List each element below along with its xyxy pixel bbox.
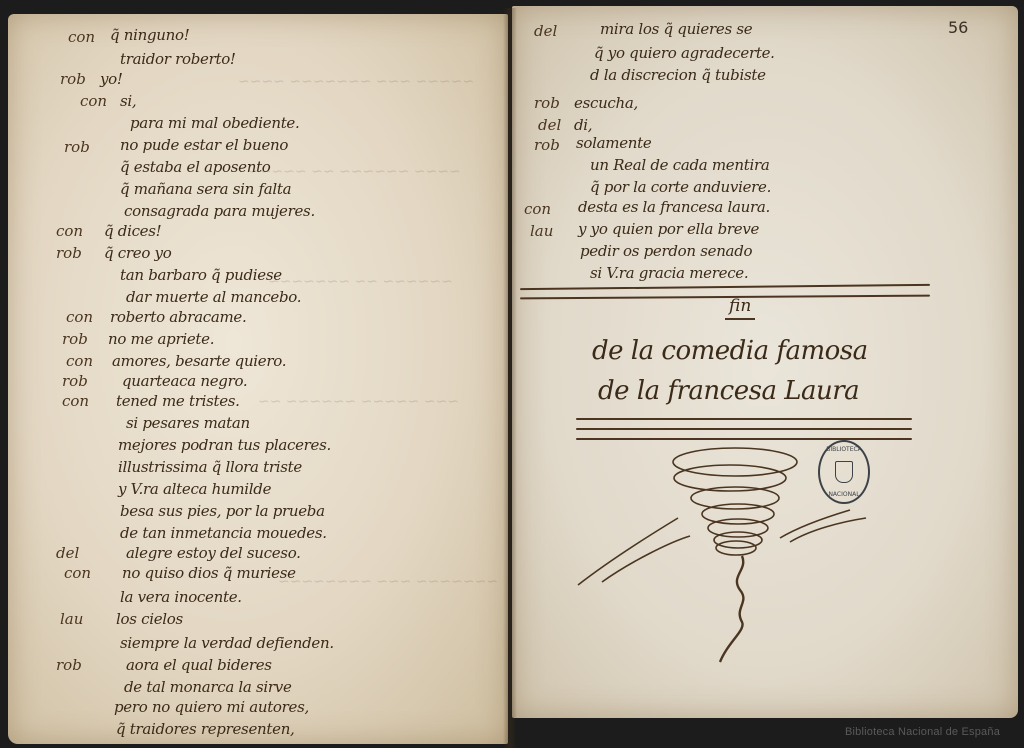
verse-line: si pesares matan — [126, 414, 250, 432]
speaker-label: con — [524, 200, 551, 218]
verse-line: q̃ dices! — [104, 222, 161, 240]
stamp-bottom-text: NACIONAL — [820, 491, 868, 498]
verse-line: illustrissima q̃ llora triste — [118, 458, 302, 476]
speaker-label: rob — [534, 94, 560, 112]
show-through-text: ~~~~~~~ ~~~ ~~~~~~~~ — [278, 574, 498, 590]
verse-line: no quiso dios q̃ muriese — [122, 564, 296, 582]
show-through-text: ~~~~~ ~~~ ~~~~~~~ ~~~~ — [238, 74, 474, 90]
verse-line: si, — [120, 92, 136, 110]
verse-line: los cielos — [116, 610, 183, 628]
page-number: 56 — [948, 18, 968, 37]
stamp-top-text: BIBLIOTECA — [820, 446, 868, 453]
speaker-label: con — [66, 352, 93, 370]
coat-of-arms-icon — [835, 461, 853, 483]
speaker-label: con — [64, 564, 91, 582]
verse-line: de tal monarca la sirve — [124, 678, 292, 696]
verse-line: q̃ mañana sera sin falta — [120, 180, 291, 198]
verse-line: q̃ creo yo — [104, 244, 171, 262]
verse-line: mejores podran tus placeres. — [118, 436, 331, 454]
show-through-text: ~~~~ ~~~~~~ ~~ ~~~~~ — [248, 164, 461, 180]
verse-line: q̃ yo quiero agradecerte. — [594, 44, 775, 62]
verse-line: di, — [574, 116, 592, 134]
verse-line: roberto abracame. — [110, 308, 246, 326]
verse-line: q̃ traidores representen, — [116, 720, 295, 738]
speaker-label: lau — [60, 610, 83, 628]
verse-line: no pude estar el bueno — [120, 136, 288, 154]
verse-line: de tan inmetancia mouedes. — [120, 524, 327, 542]
fin-heading: fin — [725, 296, 755, 320]
book-gutter — [503, 8, 517, 748]
verse-line: q̃ por la corte anduviere. — [590, 178, 771, 196]
verse-line: amores, besarte quiero. — [112, 352, 286, 370]
speaker-label: del — [56, 544, 79, 562]
verse-line: besa sus pies, por la prueba — [120, 502, 325, 520]
verse-line: tan barbaro q̃ pudiese — [120, 266, 282, 284]
speaker-label: con — [68, 28, 95, 46]
verse-line: y yo quien por ella breve — [578, 220, 759, 238]
colophon-line: de la comedia famosa — [592, 336, 868, 366]
colophon-line: de la francesa Laura — [598, 376, 859, 406]
verse-line: desta es la francesa laura. — [578, 198, 770, 216]
speaker-label: rob — [60, 70, 86, 88]
verse-line: q̃ ninguno! — [110, 26, 189, 44]
speaker-label: rob — [534, 136, 560, 154]
verse-line: tened me tristes. — [116, 392, 240, 410]
verse-line: yo! — [100, 70, 123, 88]
speaker-label: con — [62, 392, 89, 410]
speaker-label: rob — [56, 244, 82, 262]
speaker-label: rob — [64, 138, 90, 156]
verse-line: un Real de cada mentira — [590, 156, 769, 174]
verse-line: dar muerte al mancebo. — [126, 288, 301, 306]
verse-line: siempre la verdad defienden. — [120, 634, 334, 652]
verse-line: alegre estoy del suceso. — [126, 544, 301, 562]
verse-line: pedir os perdon senado — [580, 242, 752, 260]
verse-line: y V.ra alteca humilde — [118, 480, 271, 498]
verse-line: solamente — [576, 134, 651, 152]
verse-line: escucha, — [574, 94, 638, 112]
verse-line: mira los q̃ quieres se — [600, 20, 752, 38]
show-through-text: ~~~ ~~~~~ ~~~~~~ ~~ — [258, 394, 459, 410]
verse-line: pero no quiero mi autores, — [114, 698, 309, 716]
verse-line: d la discrecion q̃ tubiste — [590, 66, 766, 84]
speaker-label: lau — [530, 222, 553, 240]
open-manuscript: ~~~~~ ~~~ ~~~~~~~ ~~~~ ~~~~ ~~~~~~ ~~ ~~… — [0, 0, 1024, 748]
speaker-label: rob — [56, 656, 82, 674]
verse-line: consagrada para mujeres. — [124, 202, 315, 220]
speaker-label: rob — [62, 330, 88, 348]
verse-line: no me apriete. — [108, 330, 214, 348]
speaker-label: con — [80, 92, 107, 110]
speaker-label: con — [66, 308, 93, 326]
verse-line: traidor roberto! — [120, 50, 236, 68]
verse-line: q̃ estaba el aposento — [120, 158, 271, 176]
verse-line: quarteaca negro. — [122, 372, 247, 390]
verse-line: aora el qual bideres — [126, 656, 272, 674]
speaker-label: del — [538, 116, 561, 134]
speaker-label: con — [56, 222, 83, 240]
divider-rule — [576, 418, 912, 420]
watermark: Biblioteca Nacional de España — [845, 726, 1000, 738]
verse-line: para mi mal obediente. — [130, 114, 299, 132]
library-stamp: BIBLIOTECA NACIONAL — [818, 440, 870, 504]
speaker-label: del — [534, 22, 557, 40]
speaker-label: rob — [62, 372, 88, 390]
verse-line: si V.ra gracia merece. — [590, 264, 748, 282]
verse-line: la vera inocente. — [120, 588, 242, 606]
